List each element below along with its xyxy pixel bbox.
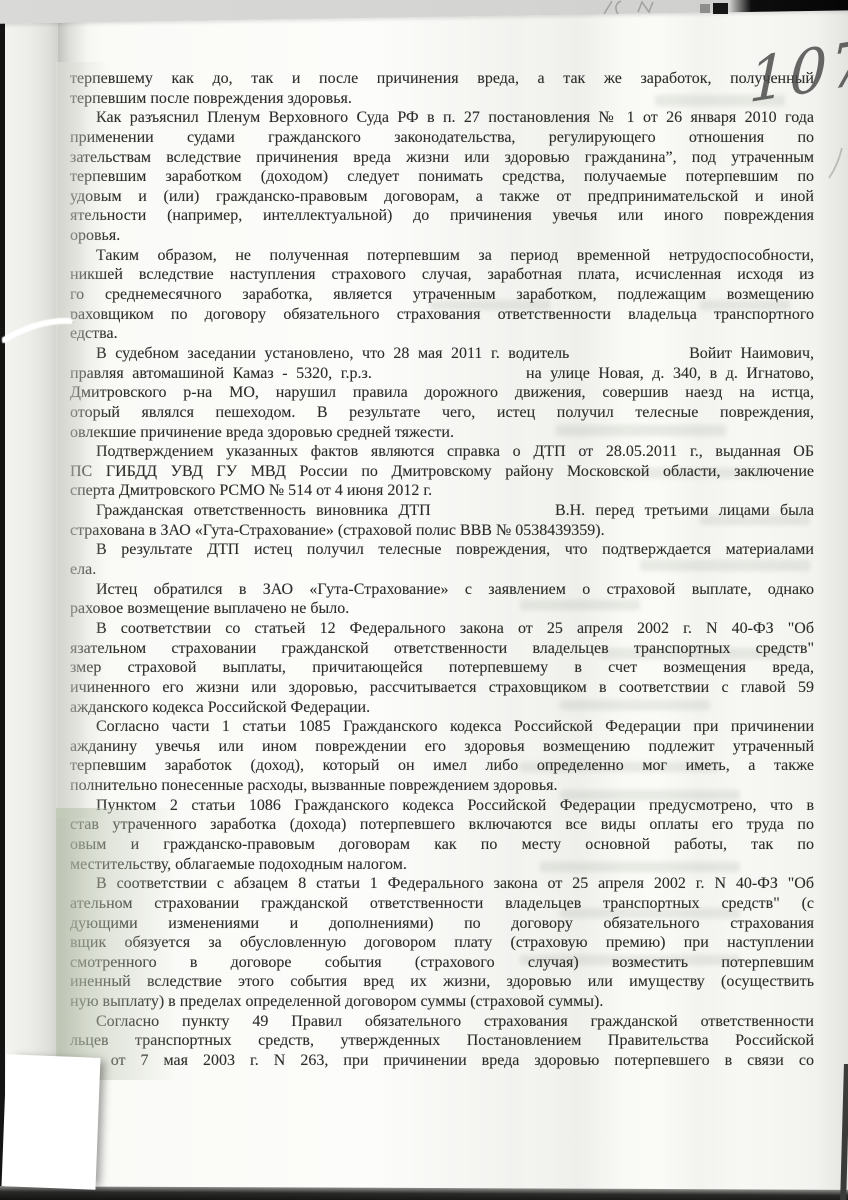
text-line: терпевшему как до, так и после причинени…: [70, 69, 814, 89]
text-line: применении судами гражданского законодат…: [70, 128, 814, 148]
text-line: В результате ДТП истец получил телесные …: [70, 540, 814, 560]
handwritten-page-number: 107: [748, 32, 848, 112]
text-line: ции от 7 мая 2003 г. N 263, при причинен…: [70, 1051, 814, 1071]
text-line: удовым и (или) гражданско-правовым догов…: [70, 187, 814, 207]
text-line: полнительно понесенные расходы, вызванны…: [70, 776, 814, 796]
left-edge-fold-highlight: [2, 306, 76, 350]
text-line: Согласно части 1 статьи 1085 Гражданског…: [70, 717, 814, 737]
text-line: змер страховой выплаты, причитающейся по…: [70, 658, 814, 678]
text-line: терпевшим после повреждения здоровья.: [70, 89, 814, 109]
text-line: страхована в ЗАО «Гута-Страхование» (стр…: [70, 521, 814, 541]
text-line: местительству, облагаемые подоходным нал…: [70, 855, 814, 875]
text-line: ажданину увечья или ином повреждении его…: [70, 737, 814, 757]
text-line: никшей вследствие наступления страхового…: [70, 265, 814, 285]
text-line: Подтверждением указанных фактов являются…: [70, 442, 814, 462]
top-edge-mark-gray: [700, 4, 710, 13]
text-line: сперта Дмитровского РСМО № 514 от 4 июня…: [70, 481, 814, 501]
faint-pen-marks: [600, 0, 670, 16]
text-line: Пунктом 2 статьи 1086 Гражданского кодек…: [70, 796, 814, 816]
text-line: льцев транспортных средств, утвержденных…: [70, 1031, 814, 1051]
scanned-document-page: 107 терпевшему как до, так и после причи…: [0, 0, 848, 1200]
text-line: Истец обратился в ЗАО «Гута-Страхование»…: [70, 580, 814, 600]
text-line: ПС ГИБДД УВД ГУ МВД России по Дмитровско…: [70, 462, 814, 482]
text-line: ательном страховании гражданской ответст…: [70, 894, 814, 914]
text-line: овым и гражданско-правовым договорам как…: [70, 835, 814, 855]
text-line: терпевшим заработком (доходом) следует п…: [70, 167, 814, 187]
text-line: зательствам вследствие причинения вреда …: [70, 148, 814, 168]
text-line: В соответствии со статьей 12 Федеральног…: [70, 619, 814, 639]
left-edge-fade-lower: [56, 808, 178, 1080]
text-line: раховщиком по договору обязательного стр…: [70, 305, 814, 325]
text-line: дующими изменениями и дополнениями) по д…: [70, 914, 814, 934]
text-line: иненный вследствие этого события вред их…: [70, 972, 814, 992]
left-margin-strip: [5, 0, 58, 1200]
text-line: став утраченного заработка (дохода) поте…: [70, 815, 814, 835]
underlying-sheet-corner: [2, 1054, 101, 1190]
text-line: Согласно пункту 49 Правил обязательного …: [70, 1012, 814, 1032]
text-line: ную выплату) в пределах определенной дог…: [70, 992, 814, 1012]
text-line: язательном страховании гражданской ответ…: [70, 639, 814, 659]
text-line: вщик обязуется за обусловленную договоро…: [70, 933, 814, 953]
text-line: оторый являлся пешеходом. В результате ч…: [70, 403, 814, 423]
text-line: раховое возмещение выплачено не было.: [70, 599, 814, 619]
text-line: Таким образом, не полученная потерпевшим…: [70, 246, 814, 266]
text-line: ятельности (например, интеллектуальной) …: [70, 206, 814, 226]
right-edge-pen-tick: [826, 146, 846, 182]
top-edge-mark-black: [713, 3, 728, 14]
text-line: го среднемесячного заработка, является у…: [70, 285, 814, 305]
text-line: Гражданская ответственность виновника ДТ…: [70, 501, 814, 521]
text-line: В судебном заседании установлено, что 28…: [70, 344, 814, 364]
text-line: ела.: [70, 560, 814, 580]
text-line: правляя автомашиной Камаз - 5320, г.р.з.…: [70, 364, 814, 384]
left-edge-fade-upper: [56, 62, 110, 818]
text-line: ажданского кодекса Российской Федерации.: [70, 698, 814, 718]
text-line: Как разъяснил Пленум Верховного Суда РФ …: [70, 108, 814, 128]
document-text: терпевшему как до, так и после причинени…: [70, 69, 814, 1071]
text-line: Дмитровского р-на МО, нарушил правила до…: [70, 383, 814, 403]
text-line: оровья.: [70, 226, 814, 246]
text-line: едства.: [70, 324, 814, 344]
text-line: В соответствии с абзацем 8 статьи 1 Феде…: [70, 874, 814, 894]
text-line: терпевшим заработок (доход), который он …: [70, 756, 814, 776]
text-line: овлекшие причинение вреда здоровью средн…: [70, 423, 814, 443]
scan-left-edge: [0, 0, 5, 1200]
text-line: смотренного в договоре события (страхово…: [70, 953, 814, 973]
text-line: ичиненного его жизни или здоровью, рассч…: [70, 678, 814, 698]
